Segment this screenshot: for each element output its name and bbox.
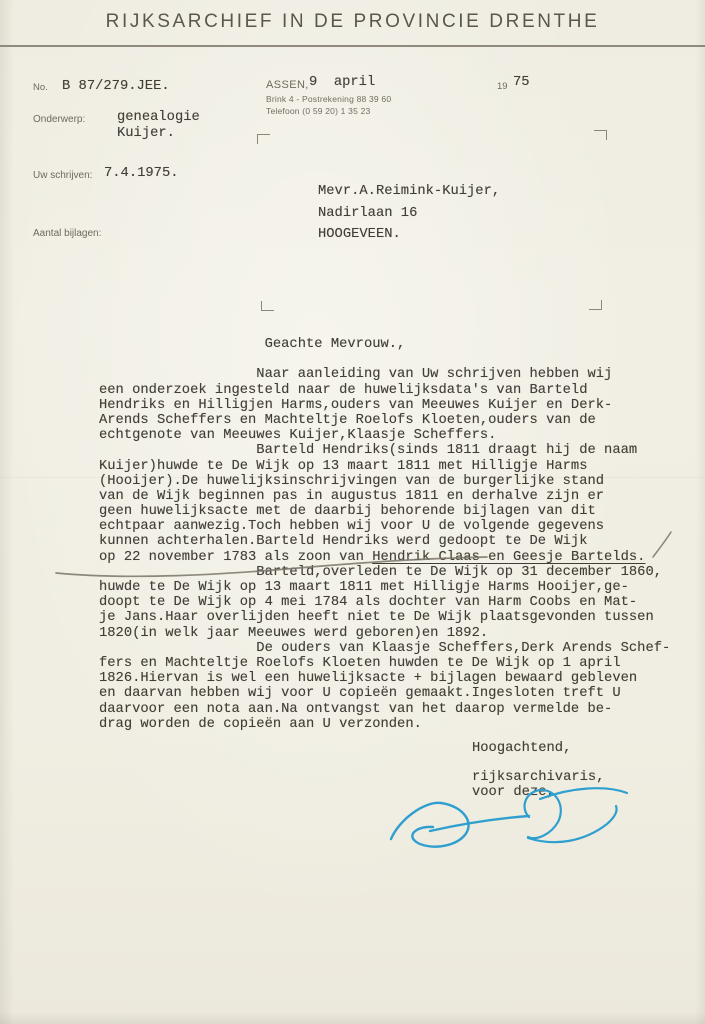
body-line: je Jans.Haar overlijden heeft niet te De… xyxy=(99,610,670,625)
body-line: kunnen achterhalen.Barteld Hendriks werd… xyxy=(99,534,670,549)
signature-stroke xyxy=(430,816,529,831)
body-line: Hendriks en Hilligjen Harms,ouders van M… xyxy=(99,398,670,413)
body-line: 1820(in welk jaar Meeuwes werd geboren)e… xyxy=(99,626,670,641)
body-line: Naar aanleiding van Uw schrijven hebben … xyxy=(99,367,670,382)
body-line: (Hooijer).De huwelijksinschrijvingen van… xyxy=(99,474,670,489)
body-line: van de Wijk beginnen pas in augustus 181… xyxy=(99,489,670,504)
street-line: Brink 4 - Postrekening 88 39 60 xyxy=(266,94,391,104)
signature-stroke xyxy=(528,806,617,842)
closing-per: voor deze, xyxy=(472,785,604,801)
body-line: echtgenote van Meeuwes Kuijer,Klaasje Sc… xyxy=(99,428,670,443)
body-line: echtpaar aanwezig.Toch hebben wij voor U… xyxy=(99,519,670,534)
recipient-street: Nadirlaan 16 xyxy=(318,206,500,228)
subject-value-line1: genealogie xyxy=(117,110,200,125)
body-line: doopt te De Wijk op 4 mei 1784 als docht… xyxy=(99,595,670,610)
place-label: ASSEN, xyxy=(266,79,309,91)
enclosures-label: Aantal bijlagen: xyxy=(33,228,101,239)
letterhead-rule xyxy=(0,45,705,47)
year-printed: 19 xyxy=(497,81,508,92)
no-label: No. xyxy=(33,82,48,93)
closing-role: rijksarchivaris, xyxy=(472,770,604,786)
letter-scan: RIJKSARCHIEF IN DE PROVINCIE DRENTHE No.… xyxy=(0,0,705,1024)
recipient-city: HOOGEVEEN. xyxy=(318,227,500,249)
body-line: 1826.Hiervan is wel een huwelijksacte + … xyxy=(99,671,670,686)
subject-label: Onderwerp: xyxy=(33,114,85,125)
address-window-corner-bottom-left xyxy=(261,301,274,311)
body-lines: Geachte Mevrouw., Naar aanleiding van Uw… xyxy=(99,337,670,732)
body-line: daarvoor een nota aan.Na ontvangst van h… xyxy=(99,702,670,717)
year-typed: 75 xyxy=(513,75,530,90)
body-line: fers en Machteltje Roelofs Kloeten huwde… xyxy=(99,656,670,671)
recipient-address: Mevr.A.Reimink-Kuijer, Nadirlaan 16 HOOG… xyxy=(318,184,500,249)
body-line: geen huwelijksacte met de daarbij behore… xyxy=(99,504,670,519)
body-line: op 22 november 1783 als zoon van Hendrik… xyxy=(99,550,670,565)
closing-salute: Hoogachtend, xyxy=(472,741,604,757)
body-line: huwde te De Wijk op 13 maart 1811 met Hi… xyxy=(99,580,670,595)
body-line: een onderzoek ingesteld naar de huwelijk… xyxy=(99,383,670,398)
subject-value-line2: Kuijer. xyxy=(117,126,175,141)
body-line: drag worden de copieën aan U verzonden. xyxy=(99,717,670,732)
recipient-name: Mevr.A.Reimink-Kuijer, xyxy=(318,184,500,206)
your-letter-label: Uw schrijven: xyxy=(33,170,92,181)
your-letter-value: 7.4.1975. xyxy=(104,166,179,181)
letterhead-title: RIJKSARCHIEF IN DE PROVINCIE DRENTHE xyxy=(0,11,705,33)
date-typed: 9 april xyxy=(309,75,375,90)
signature-stroke xyxy=(391,803,469,847)
phone-line: Telefoon (0 59 20) 1 35 23 xyxy=(266,106,370,116)
address-window-corner-bottom-right xyxy=(589,300,602,310)
body-line: en daarvan hebben wij voor U copieën gem… xyxy=(99,686,670,701)
body-line xyxy=(99,352,670,367)
address-window-corner-top-right xyxy=(594,130,607,140)
body-line: Arends Scheffers en Machteltje Roelofs K… xyxy=(99,413,670,428)
body-line: Barteld Hendriks(sinds 1811 draagt hij d… xyxy=(99,443,670,458)
body-line: Geachte Mevrouw., xyxy=(99,337,670,352)
body-line: De ouders van Klaasje Scheffers,Derk Are… xyxy=(99,641,670,656)
address-window-corner-top-left xyxy=(257,134,270,144)
body-line: Kuijer)huwde te De Wijk op 13 maart 1811… xyxy=(99,459,670,474)
body-line: Barteld,overleden te De Wijk op 31 decem… xyxy=(99,565,670,580)
closing-block: Hoogachtend, rijksarchivaris, voor deze, xyxy=(472,741,604,801)
no-value: B 87/279.JEE. xyxy=(62,79,170,94)
